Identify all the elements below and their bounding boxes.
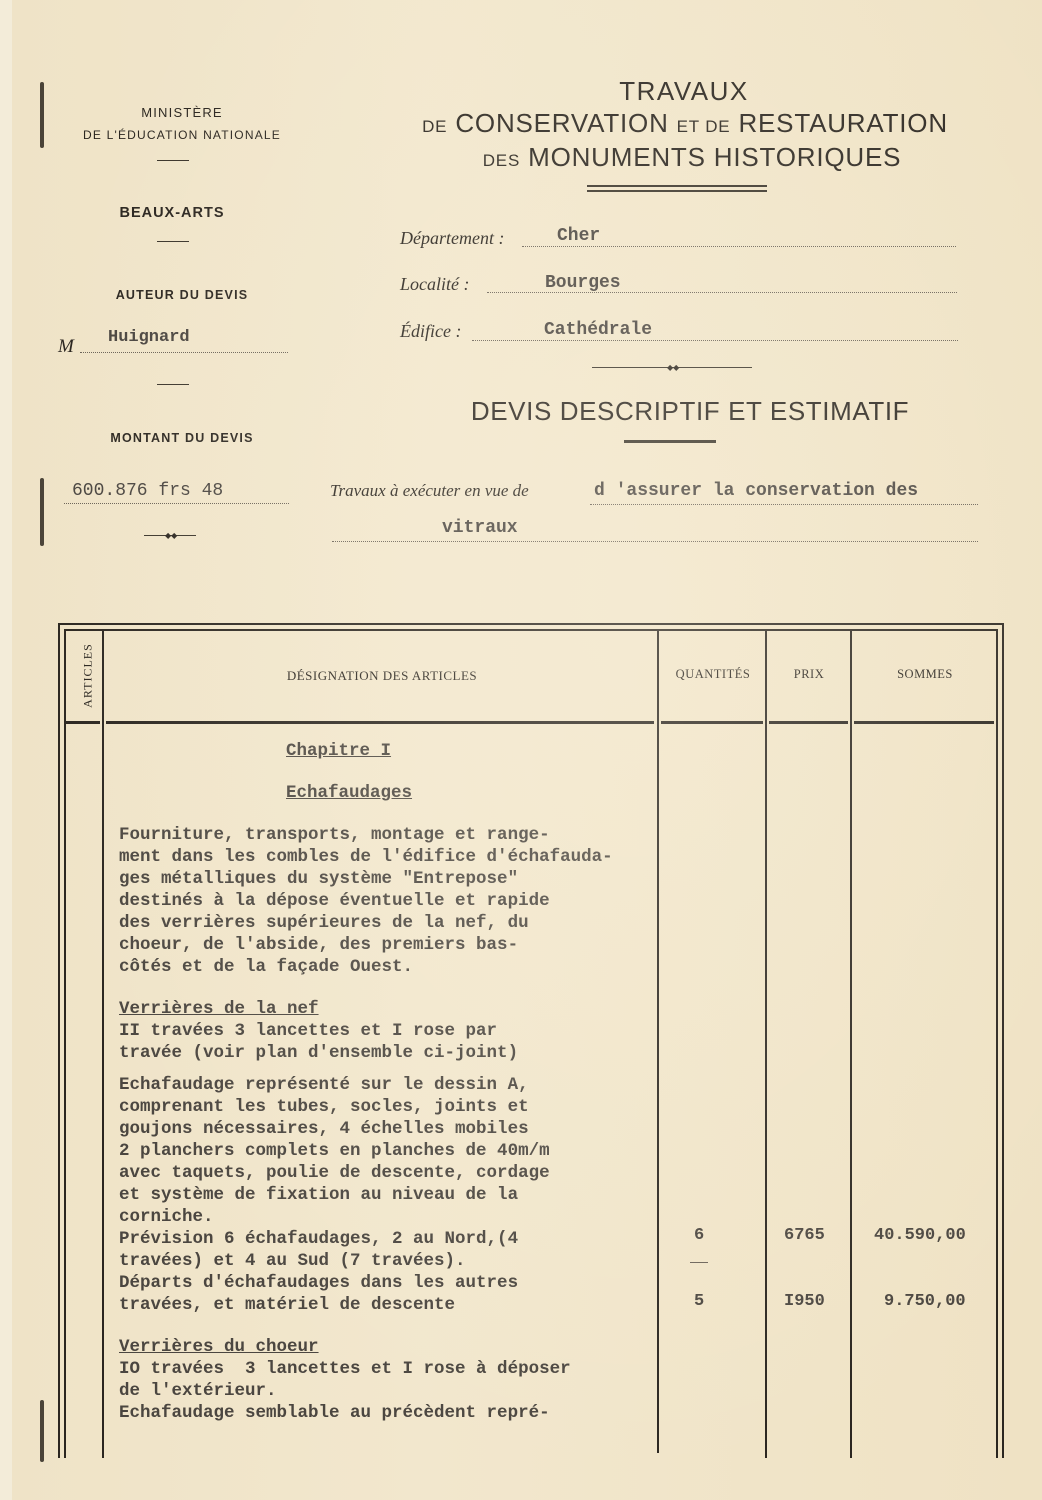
row-description-line: Prévision 6 échafaudages, 2 au Nord,(4 xyxy=(119,1228,518,1250)
table-top-border-inner xyxy=(64,629,996,631)
intro-line: ges métalliques du système "Entrepose" xyxy=(119,868,613,890)
nef-desc-line: goujons nécessaires, 4 échelles mobiles xyxy=(119,1118,550,1140)
table-col-prix-divider xyxy=(850,631,852,1458)
ornament-divider: ◆◆ xyxy=(592,367,752,368)
row-prix: I950 xyxy=(784,1292,825,1311)
title-line2: DE CONSERVATION ET DE RESTAURATION xyxy=(330,108,1040,139)
title-double-rule xyxy=(587,190,767,192)
row-quantite: 6 xyxy=(694,1226,704,1245)
title-line3: DES MONUMENTS HISTORIQUES xyxy=(412,142,972,173)
ministry-line1: MINISTÈRE xyxy=(107,105,257,120)
table-right-border xyxy=(1002,623,1004,1458)
chapter-title: Chapitre I xyxy=(286,740,391,762)
title-de: DE xyxy=(422,117,447,136)
beaux-arts-label: BEAUX-ARTS xyxy=(97,205,247,221)
row-description-line: travées) et 4 au Sud (7 travées). xyxy=(119,1250,518,1272)
author-label: AUTEUR DU DEVIS xyxy=(77,288,287,302)
header-quantites: QUANTITÉS xyxy=(662,667,764,682)
section-choeur-line: IO travées 3 lancettes et I rose à dépos… xyxy=(119,1358,571,1380)
table-top-border xyxy=(58,623,1002,625)
row-somme: 9.750,00 xyxy=(884,1292,966,1311)
table-header-rule xyxy=(854,721,994,724)
travaux-line2 xyxy=(332,541,978,542)
travaux-value-line2: vitraux xyxy=(442,518,518,538)
table-col-articles-divider xyxy=(102,631,104,1458)
author-prefix: M xyxy=(58,336,74,358)
author-name-line xyxy=(80,352,288,353)
edifice-line xyxy=(472,340,958,341)
amount-value: 600.876 frs 48 xyxy=(72,481,223,501)
nef-description: Echafaudage représenté sur le dessin A, … xyxy=(119,1074,550,1228)
header-prix: PRIX xyxy=(769,667,849,682)
nef-desc-line: 2 planchers complets en planches de 40m/… xyxy=(119,1140,550,1162)
bleed-through-text xyxy=(127,150,147,194)
section-nef: Verrières de la nef II travées 3 lancett… xyxy=(119,998,518,1064)
localite-value: Bourges xyxy=(545,273,621,293)
ditto-mark xyxy=(690,1262,708,1263)
section-choeur: Verrières du choeur IO travées 3 lancett… xyxy=(119,1336,571,1424)
title-conservation: CONSERVATION xyxy=(455,108,668,138)
binding-staple-bottom xyxy=(40,1400,44,1462)
intro-paragraph: Fourniture, transports, montage et range… xyxy=(119,824,613,978)
departement-label: Département : xyxy=(400,228,504,249)
table-row: Départs d'échafaudages dans les autres t… xyxy=(119,1272,518,1316)
table-header-rule xyxy=(106,721,654,724)
nef-desc-line: corniche. xyxy=(119,1206,550,1228)
divider xyxy=(157,384,189,385)
table-right-border-inner xyxy=(996,629,998,1458)
table-header-rule xyxy=(769,721,848,724)
ministry-line2: DE L'ÉDUCATION NATIONALE xyxy=(57,128,307,142)
nef-desc-line: avec taquets, poulie de descente, cordag… xyxy=(119,1162,550,1184)
section-nef-line: II travées 3 lancettes et I rose par xyxy=(119,1020,518,1042)
section-choeur-line: de l'extérieur. xyxy=(119,1380,571,1402)
intro-line: ment dans les combles de l'édifice d'éch… xyxy=(119,846,613,868)
intro-line: des verrières supérieures de la nef, du xyxy=(119,912,613,934)
header-articles: ARTICLES xyxy=(81,626,96,726)
table-header-rule xyxy=(661,721,763,724)
title-et-de: ET DE xyxy=(677,117,731,136)
nef-desc-line: Echafaudage représenté sur le dessin A, xyxy=(119,1074,550,1096)
divider xyxy=(157,160,189,161)
title-line1: TRAVAUX xyxy=(564,76,804,107)
chapter-subtitle: Echafaudages xyxy=(286,782,412,804)
table-col-designation-divider xyxy=(657,631,659,1453)
header-sommes: SOMMES xyxy=(854,667,996,682)
binding-staple-middle xyxy=(40,478,44,546)
travaux-label: Travaux à exécuter en vue de xyxy=(330,481,529,501)
table-left-border-inner xyxy=(64,629,66,1458)
binding-staple-top xyxy=(40,82,44,148)
title-restauration: RESTAURATION xyxy=(738,108,947,138)
row-prix: 6765 xyxy=(784,1226,825,1245)
title-monuments-historiques: MONUMENTS HISTORIQUES xyxy=(528,142,901,172)
devis-title: DEVIS DESCRIPTIF ET ESTIMATIF xyxy=(390,396,990,427)
intro-line: côtés et de la façade Ouest. xyxy=(119,956,613,978)
section-nef-title: Verrières de la nef xyxy=(119,998,518,1020)
row-description-line: Départs d'échafaudages dans les autres xyxy=(119,1272,518,1294)
travaux-value-line1: d 'assurer la conservation des xyxy=(594,481,918,501)
ornament-divider: ◆◆ xyxy=(144,535,196,536)
departement-line xyxy=(522,246,956,247)
row-description-line: travées, et matériel de descente xyxy=(119,1294,518,1316)
table-left-border xyxy=(58,623,60,1458)
header-designation: DÉSIGNATION DES ARTICLES xyxy=(112,668,652,684)
title-double-rule xyxy=(587,185,767,187)
table-col-quantites-divider xyxy=(765,631,767,1458)
author-name-value: Huignard xyxy=(108,328,190,347)
title-des: DES xyxy=(483,151,520,170)
table-row: Prévision 6 échafaudages, 2 au Nord,(4 t… xyxy=(119,1228,518,1272)
nef-desc-line: et système de fixation au niveau de la xyxy=(119,1184,550,1206)
edifice-value: Cathédrale xyxy=(544,320,652,340)
localite-label: Localité : xyxy=(400,274,470,295)
divider xyxy=(157,241,189,242)
row-quantite: 5 xyxy=(694,1292,704,1311)
amount-label: MONTANT DU DEVIS xyxy=(72,431,292,445)
row-somme: 40.590,00 xyxy=(874,1226,966,1245)
amount-line xyxy=(64,503,289,504)
section-choeur-title: Verrières du choeur xyxy=(119,1336,571,1358)
intro-line: destinés à la dépose éventuelle et rapid… xyxy=(119,890,613,912)
section-nef-line: travée (voir plan d'ensemble ci-joint) xyxy=(119,1042,518,1064)
section-choeur-line: Echafaudage semblable au précèdent repré… xyxy=(119,1402,571,1424)
intro-line: Fourniture, transports, montage et range… xyxy=(119,824,613,846)
departement-value: Cher xyxy=(557,226,600,246)
intro-line: choeur, de l'abside, des premiers bas- xyxy=(119,934,613,956)
nef-desc-line: comprenant les tubes, socles, joints et xyxy=(119,1096,550,1118)
edifice-label: Édifice : xyxy=(400,321,461,342)
devis-title-rule xyxy=(624,440,716,443)
document-page: MINISTÈRE DE L'ÉDUCATION NATIONALE BEAUX… xyxy=(12,0,1042,1500)
travaux-line1 xyxy=(590,504,978,505)
